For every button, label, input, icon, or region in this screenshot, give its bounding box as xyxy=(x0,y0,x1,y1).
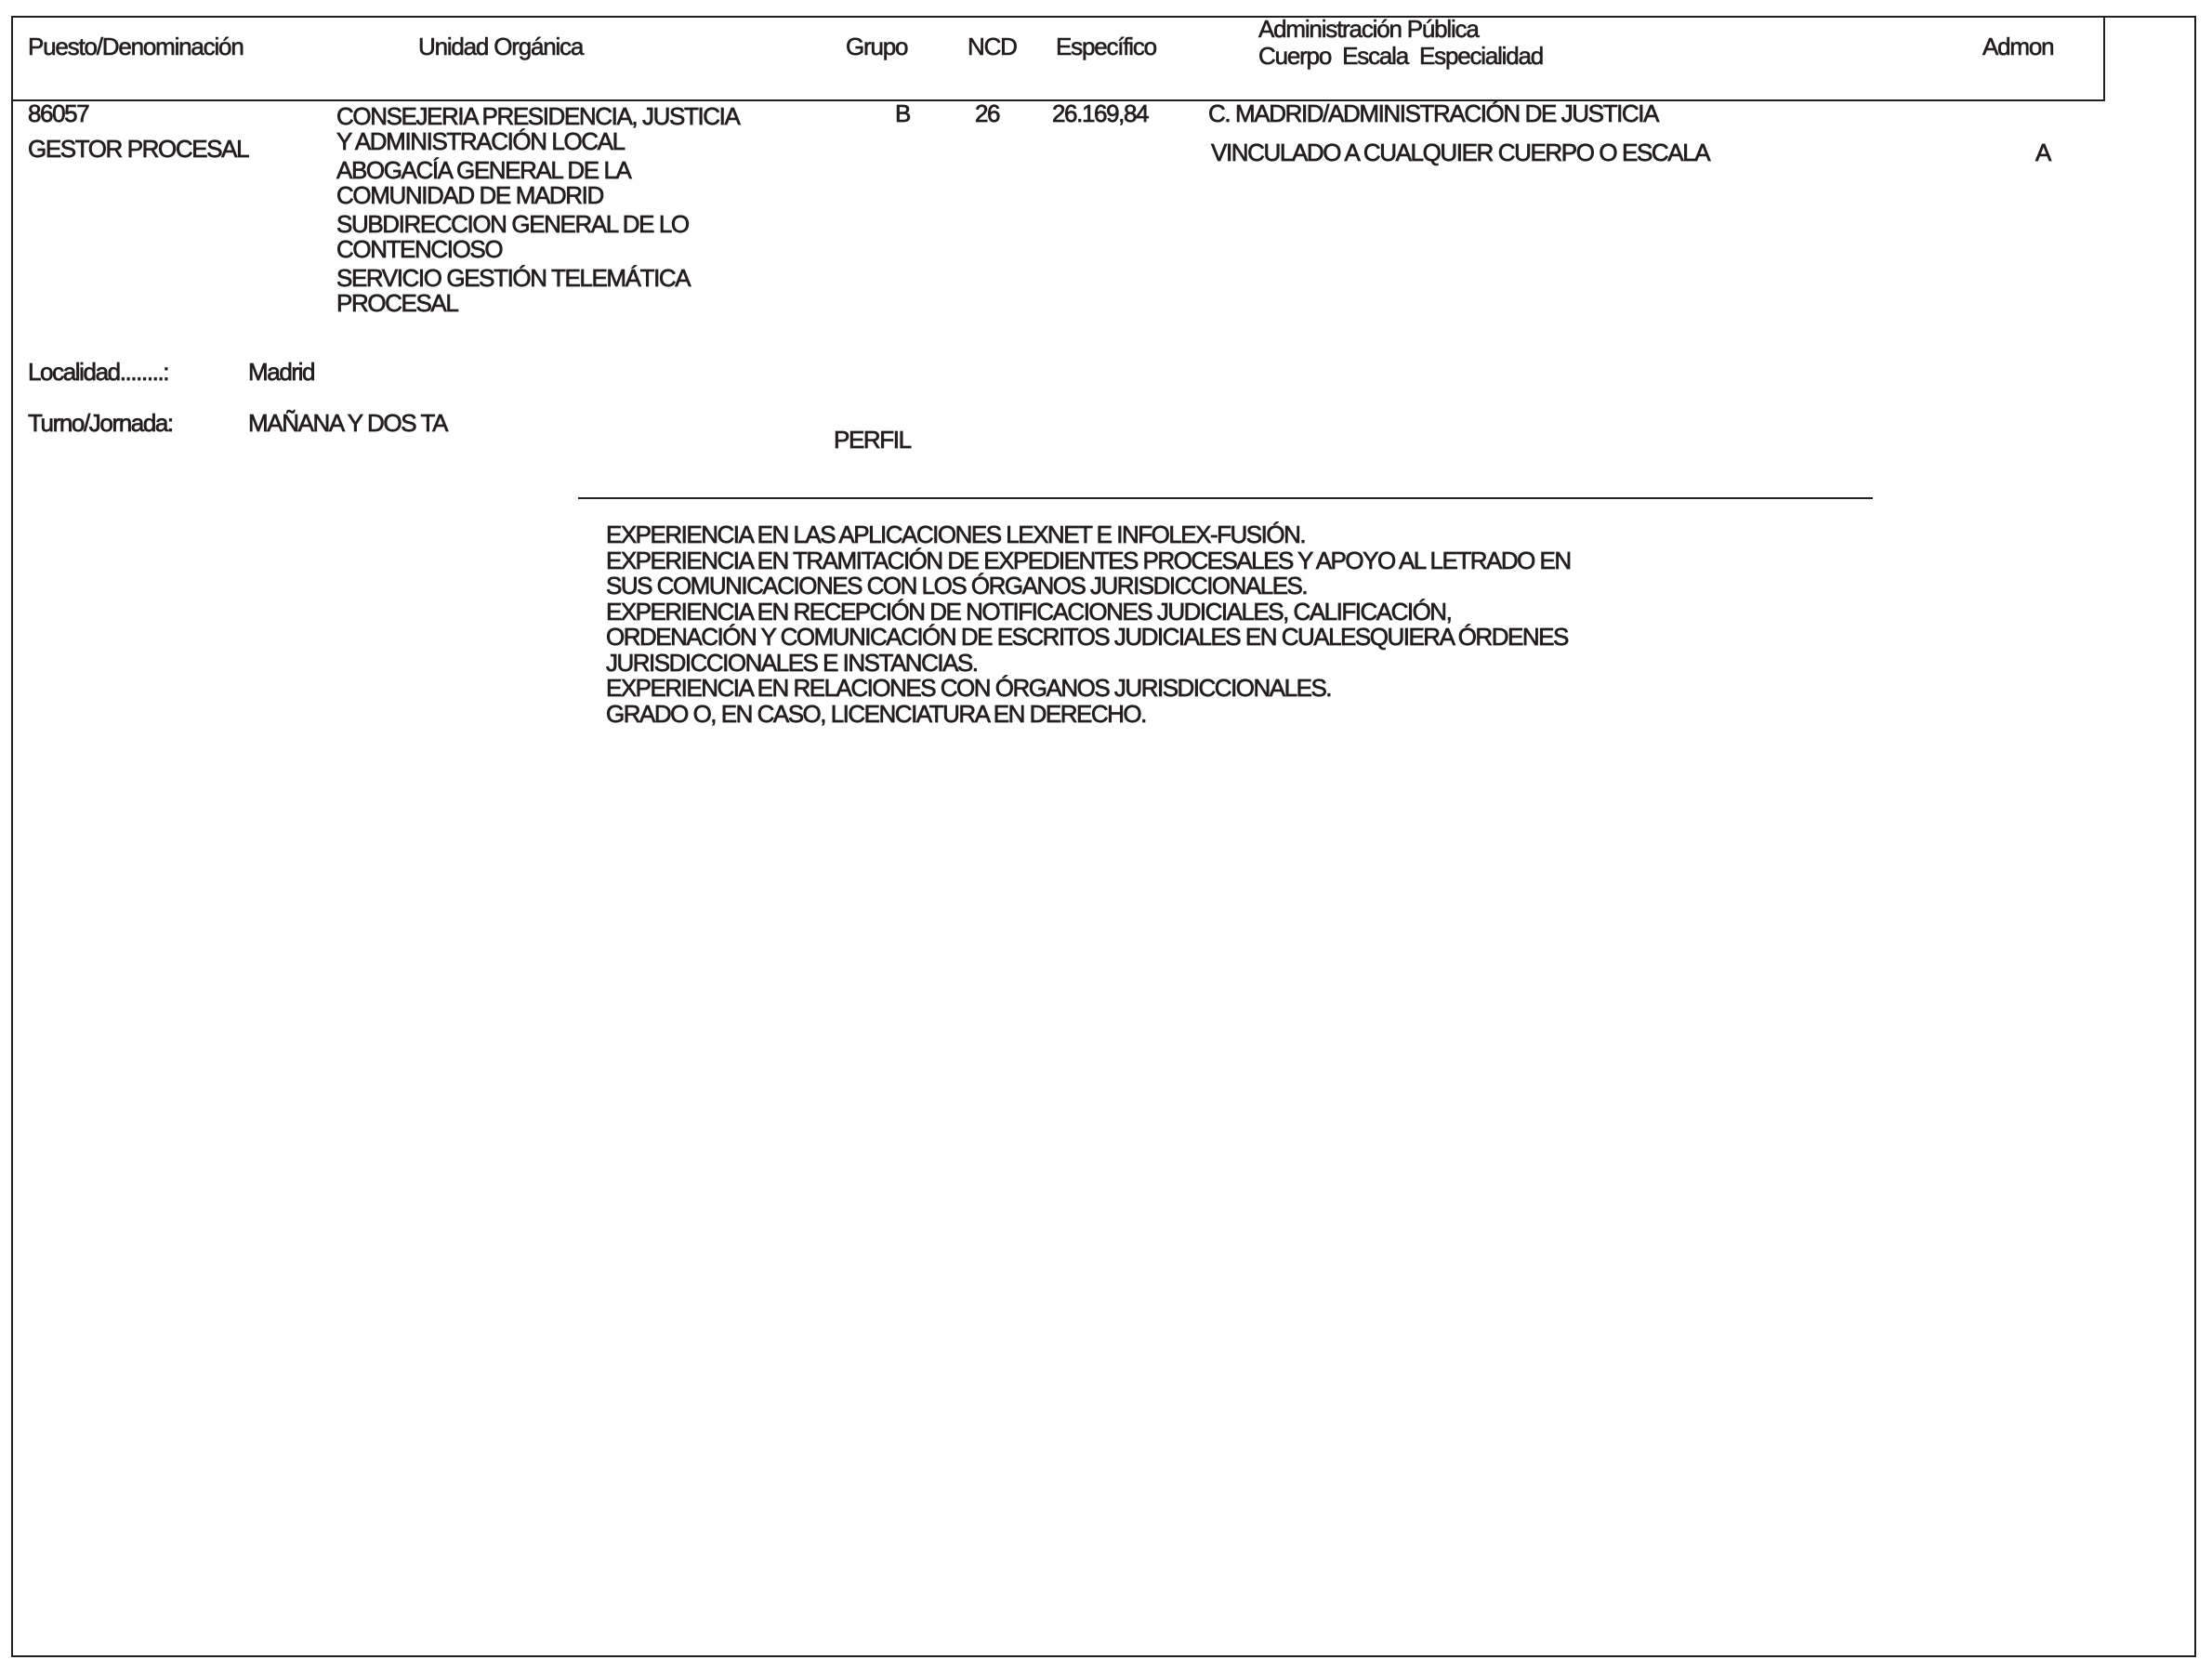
administracion-publica-value: C. MADRID/ADMINISTRACIÓN DE JUSTICIA xyxy=(1208,100,1658,126)
puesto-codigo: 86057 xyxy=(28,100,88,126)
turno-value: MAÑANA Y DOS TA xyxy=(248,410,447,436)
perfil-line: EXPERIENCIA EN RECEPCIÓN DE NOTIFICACION… xyxy=(606,599,1571,626)
unidad-organica-line: ABOGACÍA GENERAL DE LA xyxy=(336,158,739,183)
localidad-label: Localidad........: xyxy=(28,359,168,385)
perfil-line: EXPERIENCIA EN LAS APLICACIONES LEXNET E… xyxy=(606,522,1571,548)
denominacion: GESTOR PROCESAL xyxy=(28,136,248,162)
unidad-organica-item: SUBDIRECCION GENERAL DE LO CONTENCIOSO xyxy=(336,212,739,262)
perfil-line: ORDENACIÓN Y COMUNICACIÓN DE ESCRITOS JU… xyxy=(606,625,1571,651)
header-admon: Admon xyxy=(1982,33,2053,61)
unidad-organica-line: SUBDIRECCION GENERAL DE LO xyxy=(336,212,739,237)
unidad-organica-line: SERVICIO GESTIÓN TELEMÁTICA xyxy=(336,266,739,291)
perfil-title: PERFIL xyxy=(834,427,911,453)
admon-value: A xyxy=(2035,139,2050,165)
unidad-organica-item: ABOGACÍA GENERAL DE LA COMUNIDAD DE MADR… xyxy=(336,158,739,208)
header-grupo: Grupo xyxy=(846,33,907,61)
header-ncd: NCD xyxy=(968,33,1017,61)
unidad-organica-item: CONSEJERIA PRESIDENCIA, JUSTICIA Y ADMIN… xyxy=(336,104,739,154)
cuerpo-escala-value: VINCULADO A CUALQUIER CUERPO O ESCALA xyxy=(1211,139,1709,165)
perfil-line: JURISDICCIONALES E INSTANCIAS. xyxy=(606,651,1571,677)
unidad-organica-line: PROCESAL xyxy=(336,291,739,316)
header-puesto-denominacion: Puesto/Denominación xyxy=(28,33,244,61)
perfil-divider xyxy=(578,497,1873,499)
perfil-line: SUS COMUNICACIONES CON LOS ÓRGANOS JURIS… xyxy=(606,573,1571,599)
unidad-organica-list: CONSEJERIA PRESIDENCIA, JUSTICIA Y ADMIN… xyxy=(336,104,739,320)
header-cuerpo-escala-especialidad: Cuerpo Escala Especialidad xyxy=(1258,42,1543,71)
grupo-value: B xyxy=(895,100,910,126)
perfil-line: EXPERIENCIA EN RELACIONES CON ÓRGANOS JU… xyxy=(606,676,1571,702)
localidad-value: Madrid xyxy=(248,359,314,385)
header-unidad-organica: Unidad Orgánica xyxy=(418,33,583,61)
unidad-organica-line: COMUNIDAD DE MADRID xyxy=(336,183,739,208)
ncd-value: 26 xyxy=(975,100,999,126)
header-especifico: Específico xyxy=(1056,33,1156,61)
especifico-value: 26.169,84 xyxy=(1052,100,1148,126)
unidad-organica-line: CONTENCIOSO xyxy=(336,237,739,262)
unidad-organica-line: Y ADMINISTRACIÓN LOCAL xyxy=(336,129,739,154)
unidad-organica-item: SERVICIO GESTIÓN TELEMÁTICA PROCESAL xyxy=(336,266,739,316)
perfil-line: GRADO O, EN CASO, LICENCIATURA EN DERECH… xyxy=(606,702,1571,728)
perfil-line: EXPERIENCIA EN TRAMITACIÓN DE EXPEDIENTE… xyxy=(606,548,1571,574)
unidad-organica-line: CONSEJERIA PRESIDENCIA, JUSTICIA xyxy=(336,104,739,129)
perfil-requirements: EXPERIENCIA EN LAS APLICACIONES LEXNET E… xyxy=(606,522,1571,727)
header-administracion-publica: Administración Pública xyxy=(1258,15,1479,44)
turno-label: Turno/Jornada: xyxy=(28,410,173,436)
